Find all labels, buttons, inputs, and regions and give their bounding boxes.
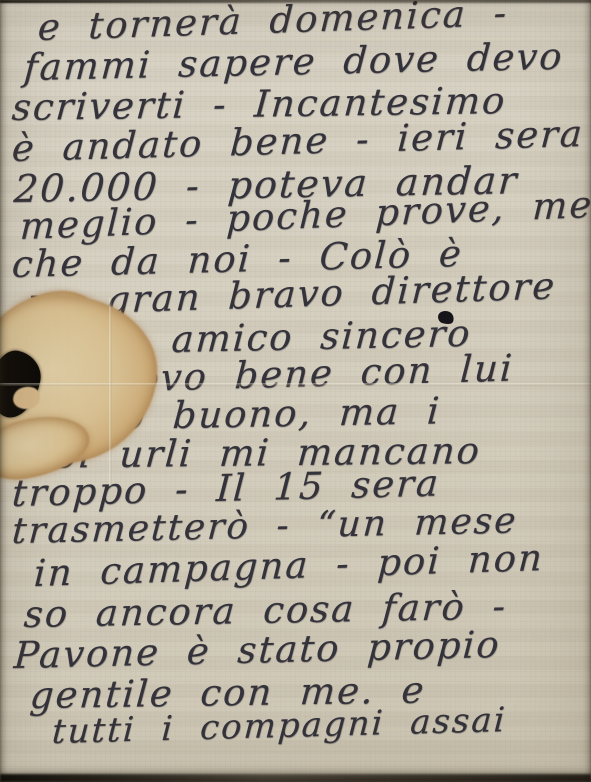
torn-hole (0, 347, 45, 423)
letter-page: e tornerà domenica - fammi sapere dove d… (0, 0, 591, 782)
photo-edge-top (0, 0, 591, 3)
torn-hole-edge (11, 385, 41, 411)
photo-edge-bottom (0, 774, 591, 782)
